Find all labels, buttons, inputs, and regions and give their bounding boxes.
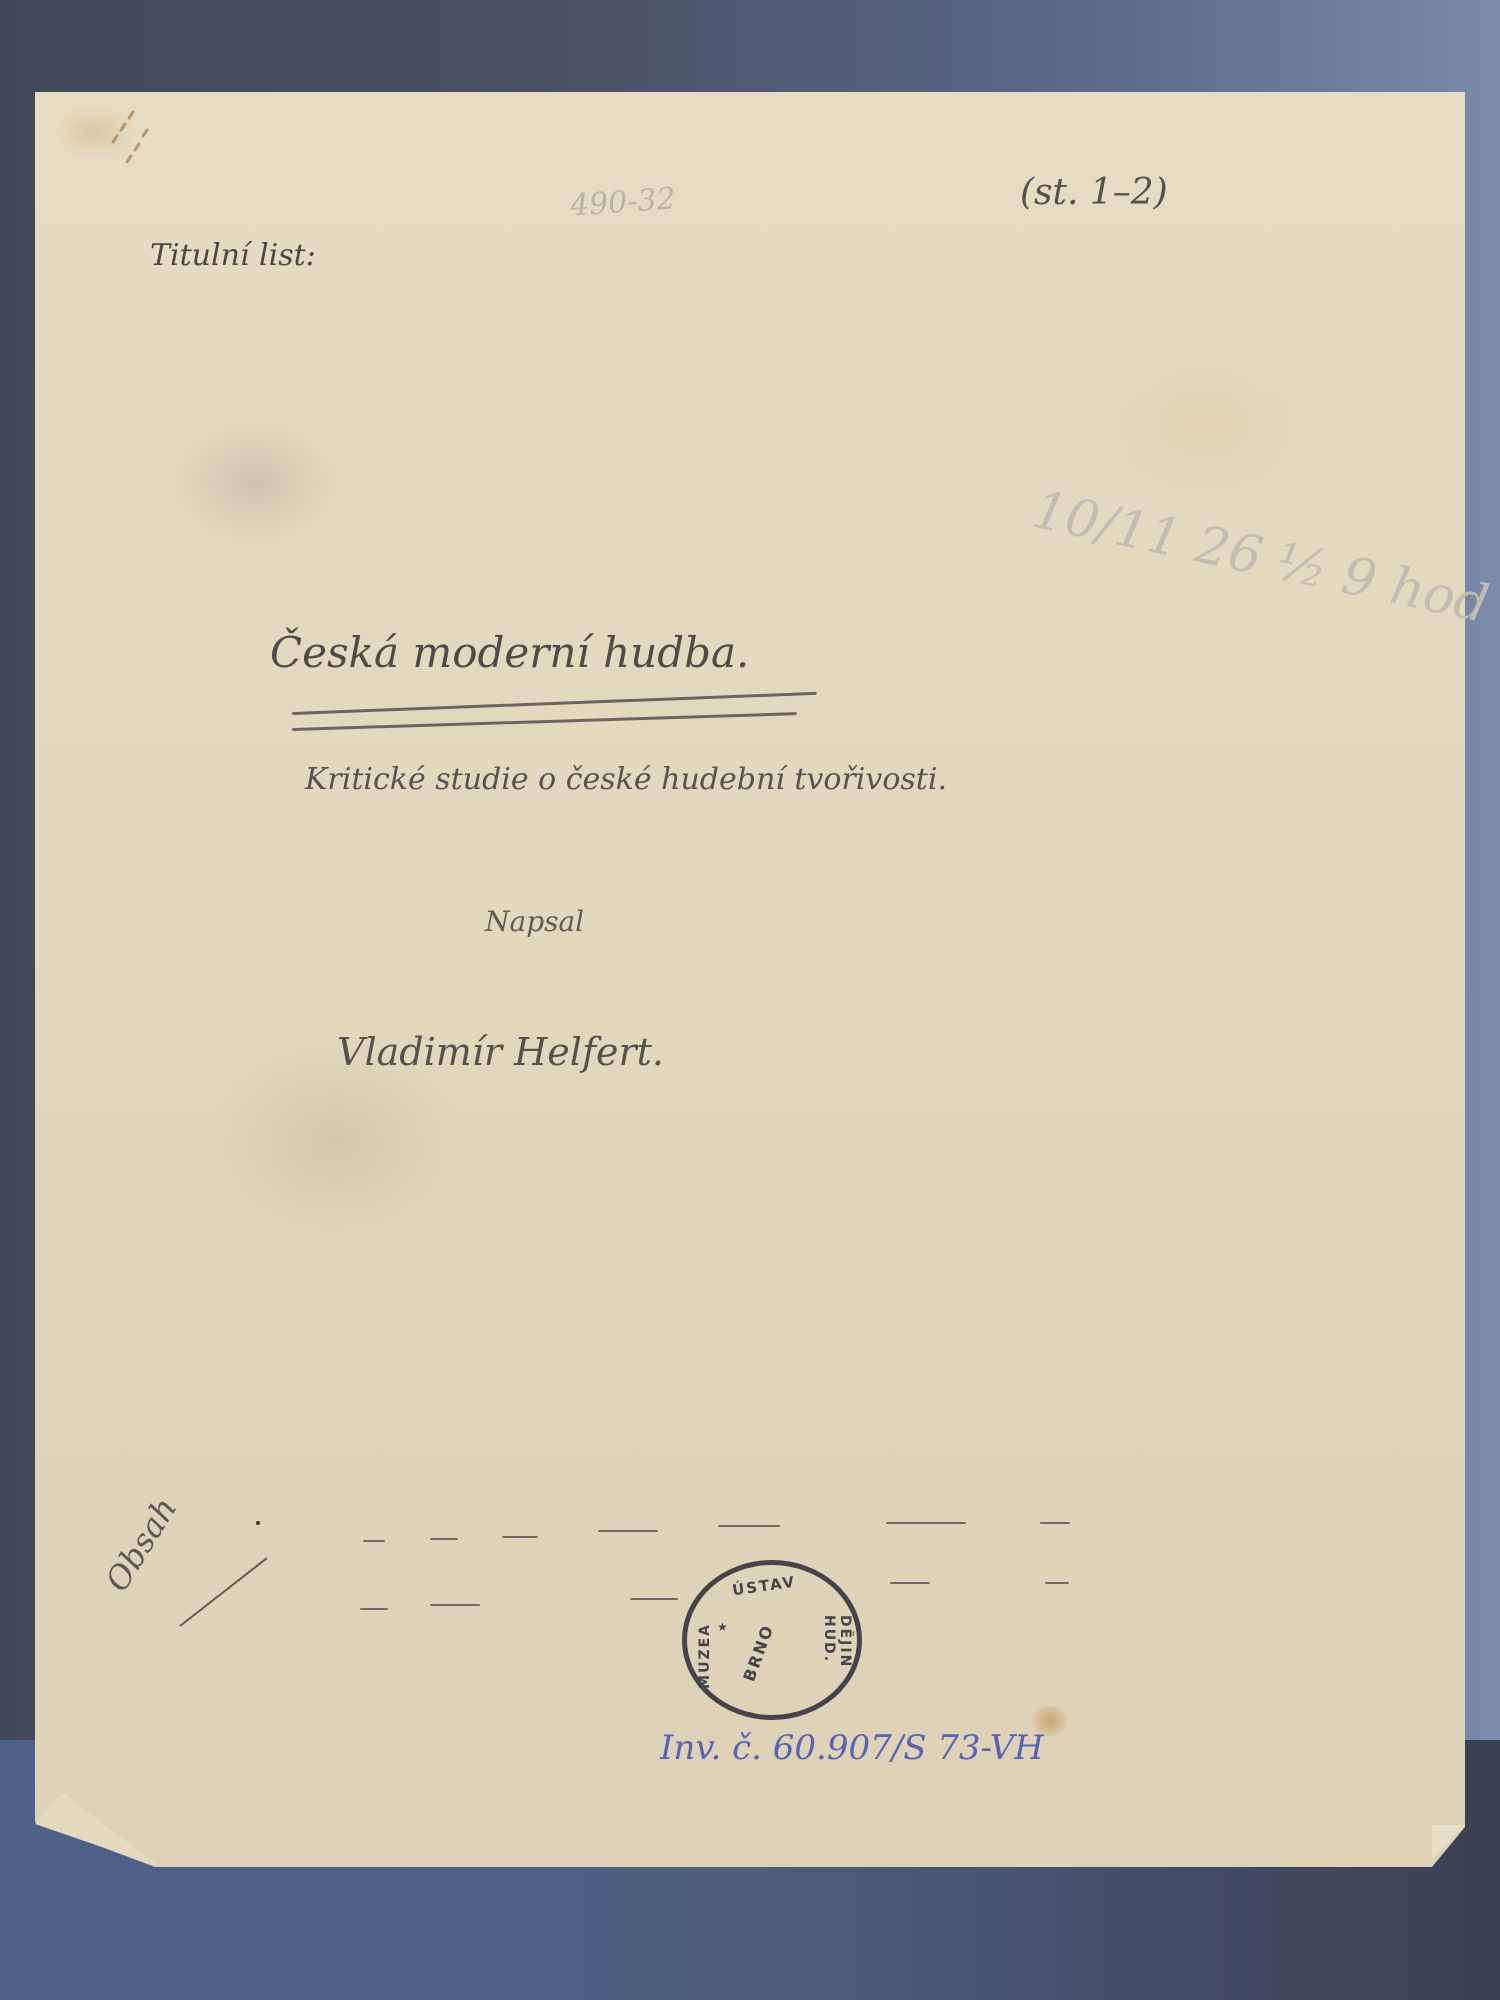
stamp-left-text: MUZEA [697,1623,713,1689]
stamp-right-text: DĚJIN HUD. [821,1615,853,1715]
dash-line [890,1582,930,1584]
dash-line [430,1538,458,1540]
dash-line [430,1604,480,1606]
byline-label: Napsal [485,905,584,938]
dash-line [886,1522,966,1524]
dash-line [363,1540,385,1542]
stamp-top-text: ÚSTAV [731,1573,797,1600]
dash-line [360,1608,388,1610]
museum-stamp: ★ ÚSTAV DĚJIN HUD. MUZEA BRNO [682,1560,862,1720]
title-page-label: Titulní list: [150,238,316,273]
faint-pencil-number: 490-32 [569,181,677,223]
dash-line [502,1536,538,1538]
stamp-star-icon: ★ [717,1620,728,1634]
stamp-center-text: BRNO [739,1622,777,1684]
rust-stain-marks [95,100,155,180]
dash-line [1045,1582,1069,1584]
author-name: Vladimír Helfert. [337,1030,664,1074]
dash-line [598,1530,658,1532]
ink-dot [256,1521,260,1525]
dash-line [630,1598,678,1600]
sheet-range-note: (st. 1–2) [1020,172,1168,213]
manuscript-subtitle: Kritické studie o české hudební tvořivos… [305,762,947,797]
inventory-number: Inv. č. 60.907/S 73-VH [660,1728,1044,1768]
dash-line [1040,1522,1070,1524]
dash-line [718,1525,780,1527]
manuscript-title: Česká moderní hudba. [270,628,749,677]
